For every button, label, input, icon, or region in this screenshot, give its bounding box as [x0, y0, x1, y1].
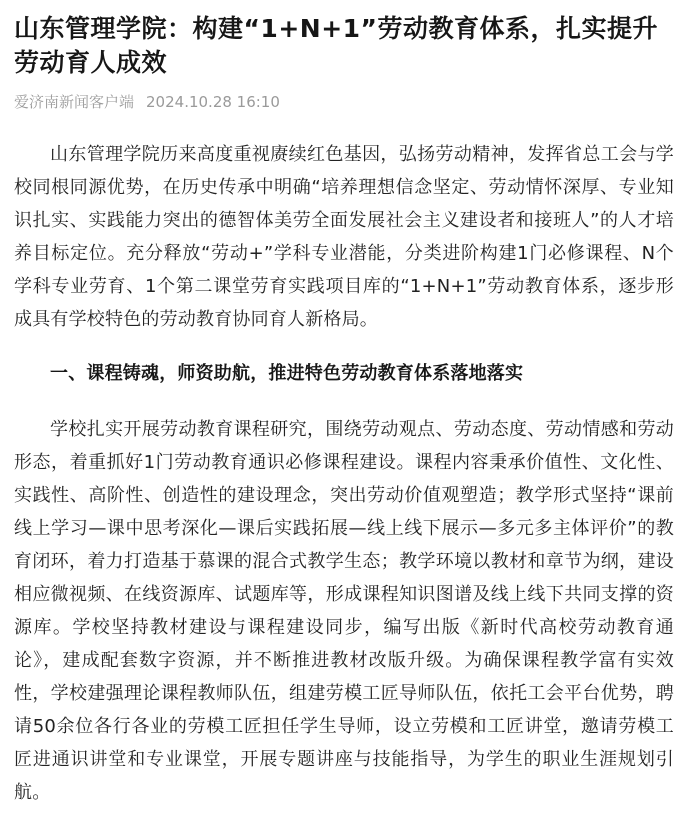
article-body: 山东管理学院历来高度重视赓续红色基因，弘扬劳动精神，发挥省总工会与学校同根同源优… [14, 138, 674, 809]
section-heading: 一、课程铸魂，师资助航，推进特色劳动教育体系落地落实 [14, 357, 674, 390]
article-title: 山东管理学院：构建“1+N+1”劳动教育体系，扎实提升劳动育人成效 [14, 12, 674, 80]
section-paragraph: 学校扎实开展劳动教育课程研究，围绕劳动观点、劳动态度、劳动情感和劳动形态，着重抓… [14, 413, 674, 809]
article-page: 山东管理学院：构建“1+N+1”劳动教育体系，扎实提升劳动育人成效 爱济南新闻客… [0, 0, 688, 815]
article-source: 爱济南新闻客户端 [14, 93, 134, 111]
intro-paragraph: 山东管理学院历来高度重视赓续红色基因，弘扬劳动精神，发挥省总工会与学校同根同源优… [14, 138, 674, 336]
article-meta: 爱济南新闻客户端2024.10.28 16:10 [14, 92, 674, 112]
article-timestamp: 2024.10.28 16:10 [146, 93, 280, 111]
